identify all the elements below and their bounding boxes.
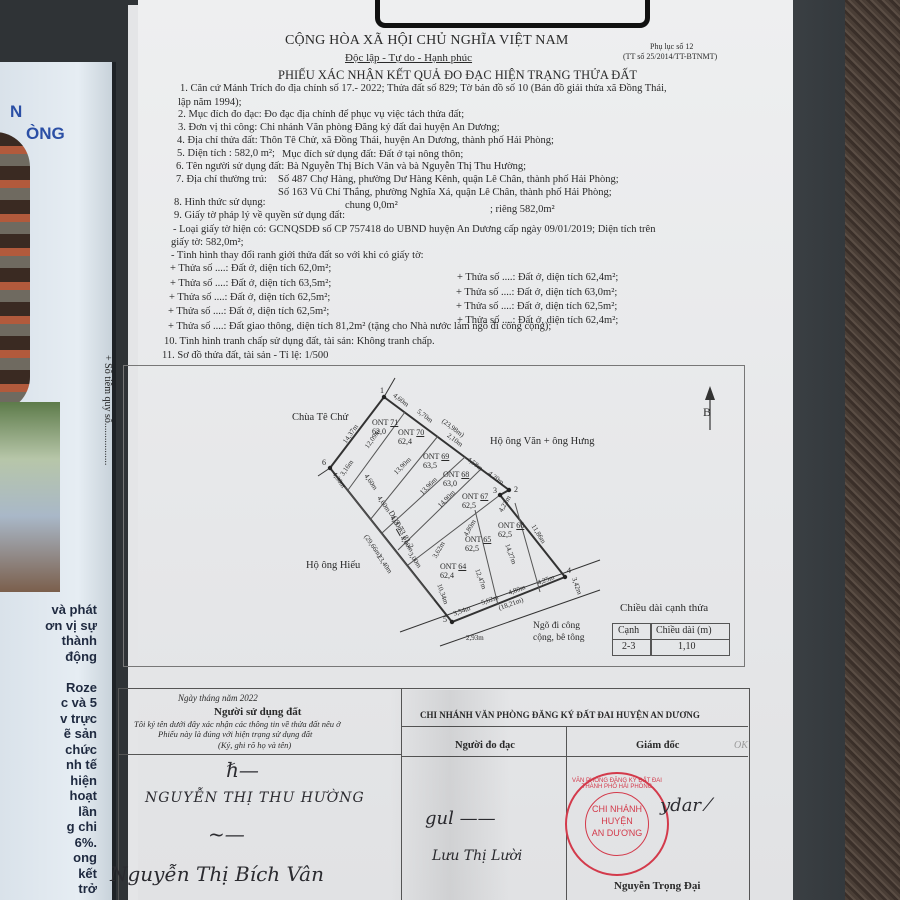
neighbor-road: Ngõ đi công cộng, bê tông: [533, 620, 593, 644]
plot-66: ONT 6662,5: [498, 521, 524, 539]
user-note-2: Phiếu này là đúng với hiện trạng sử dụng…: [158, 729, 312, 739]
director-signature: ydar ⁄: [660, 795, 710, 816]
plot-65: ONT 6562,5: [465, 535, 491, 553]
signature-scribble-1: ℏ—: [226, 758, 259, 782]
official-stamp: VĂN PHÒNG ĐĂNG KÝ ĐẤT ĐAI THÀNH PHỐ HẢI …: [565, 772, 669, 876]
edge-table-header: Cạnh: [618, 625, 639, 636]
edge-table-value: 2-3: [622, 641, 635, 652]
plot-68: ONT 6863,0: [443, 470, 469, 488]
point-1: 1: [380, 386, 384, 395]
stamp-line-3: AN DƯƠNG: [567, 828, 667, 838]
neighbor-ne: Hộ ông Văn + ông Hưng: [490, 436, 594, 447]
shadow: [390, 690, 510, 900]
neighbor-w: Hộ ông Hiếu: [306, 560, 360, 571]
plot-64: ONT 6462,4: [440, 562, 466, 580]
signature-date: Ngày tháng năm 2022: [178, 693, 258, 703]
edge-table-value: 1,10: [678, 641, 696, 652]
user-note-3: (Ký, ghi rõ họ và tên): [218, 740, 291, 750]
signer-1-name: NGUYỄN THỊ THU HƯỜNG: [145, 790, 365, 806]
stamp-ring-text: VĂN PHÒNG ĐĂNG KÝ ĐẤT ĐAI THÀNH PHỐ HẢI …: [567, 778, 667, 790]
plot-70: ONT 7062,4: [398, 428, 424, 446]
user-title: Người sử dụng đất: [214, 706, 301, 718]
plot-67: ONT 6762,5: [462, 492, 488, 510]
user-note-1: Tôi ký tên dưới đây xác nhận các thông t…: [134, 719, 341, 729]
edge-table-header: Chiều dài (m): [656, 625, 712, 636]
edge-table-title: Chiều dài cạnh thửa: [620, 602, 708, 614]
ok-mark: OK: [734, 740, 748, 751]
plot-69: ONT 6963,5: [423, 452, 449, 470]
north-label: B: [703, 405, 711, 420]
point-3: 3: [493, 486, 497, 495]
point-6: 6: [322, 458, 326, 467]
director-title: Giám đốc: [636, 740, 679, 751]
point-5: 5: [443, 615, 447, 624]
signer-2-name: Nguyễn Thị Bích Vân: [110, 862, 324, 886]
point-2: 2: [514, 485, 518, 494]
dim-label: 2,93m: [466, 634, 484, 642]
stamp-line-1: CHI NHÁNH: [567, 804, 667, 814]
neighbor-nw: Chùa Tê Chử: [292, 412, 348, 423]
point-4: 4: [567, 566, 571, 575]
stamp-line-2: HUYỆN: [567, 816, 667, 826]
signature-scribble-2: ~—: [208, 822, 245, 846]
director-name: Nguyễn Trọng Đại: [614, 880, 700, 892]
